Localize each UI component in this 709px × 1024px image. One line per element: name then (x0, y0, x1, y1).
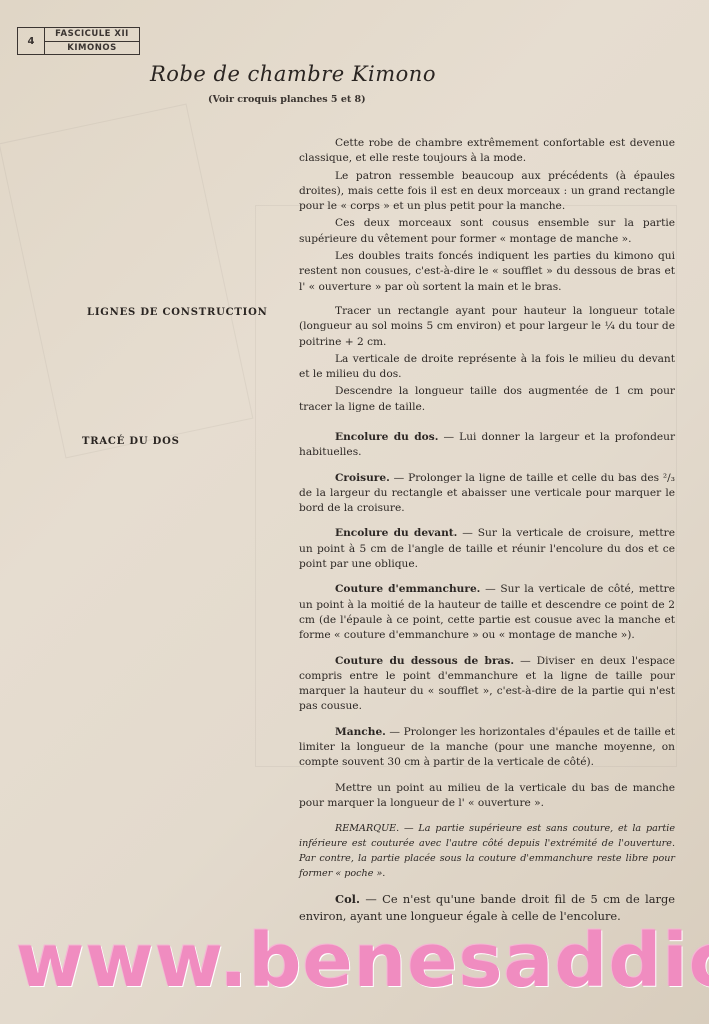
section-heading-trace-dos: TRACÉ DU DOS (82, 436, 180, 447)
construction-paragraph: Tracer un rectangle ayant pour hauteur l… (299, 304, 675, 350)
step-paragraph: Couture du dessous de bras. — Diviser en… (299, 654, 675, 715)
construction-text: Tracer un rectangle ayant pour hauteur l… (299, 304, 675, 417)
step-paragraph: Croisure. — Prolonger la ligne de taille… (299, 471, 675, 517)
intro-paragraph: Le patron ressemble beaucoup aux précéde… (299, 169, 675, 215)
step-paragraph: Encolure du dos. — Lui donner la largeur… (299, 430, 675, 461)
step-term: Encolure du dos. (335, 431, 438, 443)
section-heading-construction: LIGNES DE CONSTRUCTION (87, 307, 268, 318)
step-paragraph: Mettre un point au milieu de la vertical… (299, 781, 675, 812)
page-subtitle: (Voir croquis planches 5 et 8) (208, 94, 366, 105)
fascicule-label: FASCICULE XII (45, 28, 139, 42)
page-number: 4 (18, 28, 45, 54)
page-title: Robe de chambre Kimono (150, 62, 436, 86)
intro-text: Cette robe de chambre extrêmement confor… (299, 136, 675, 297)
step-term: Encolure du devant. (335, 527, 457, 539)
step-text: Mettre un point au milieu de la vertical… (299, 782, 675, 809)
intro-paragraph: Cette robe de chambre extrêmement confor… (299, 136, 675, 167)
watermark-url: www.benesaddict.fr (16, 918, 709, 1004)
remark-paragraph: REMARQUE. — La partie supérieure est san… (299, 821, 675, 881)
intro-paragraph: Ces deux morceaux sont cousus ensemble s… (299, 216, 675, 247)
step-paragraph: Encolure du devant. — Sur la verticale d… (299, 526, 675, 572)
intro-paragraph: Les doubles traits foncés indiquent les … (299, 249, 675, 295)
step-term: Col. (335, 892, 360, 906)
step-term: Croisure. (335, 472, 390, 484)
topic-label: KIMONOS (45, 42, 139, 55)
construction-paragraph: Descendre la longueur taille dos augment… (299, 384, 675, 415)
bleed-through-sketch (0, 104, 253, 459)
step-paragraph: Couture d'emmanchure. — Sur la verticale… (299, 582, 675, 643)
step-paragraph: Manche. — Prolonger les horizontales d'é… (299, 725, 675, 771)
construction-paragraph: La verticale de droite représente à la f… (299, 352, 675, 383)
step-term: Manche. (335, 726, 386, 738)
step-term: Couture du dessous de bras. (335, 655, 514, 667)
trace-dos-text: Encolure du dos. — Lui donner la largeur… (299, 430, 675, 927)
fascicule-header-box: 4 FASCICULE XII KIMONOS (17, 27, 140, 55)
step-term: Couture d'emmanchure. (335, 583, 480, 595)
